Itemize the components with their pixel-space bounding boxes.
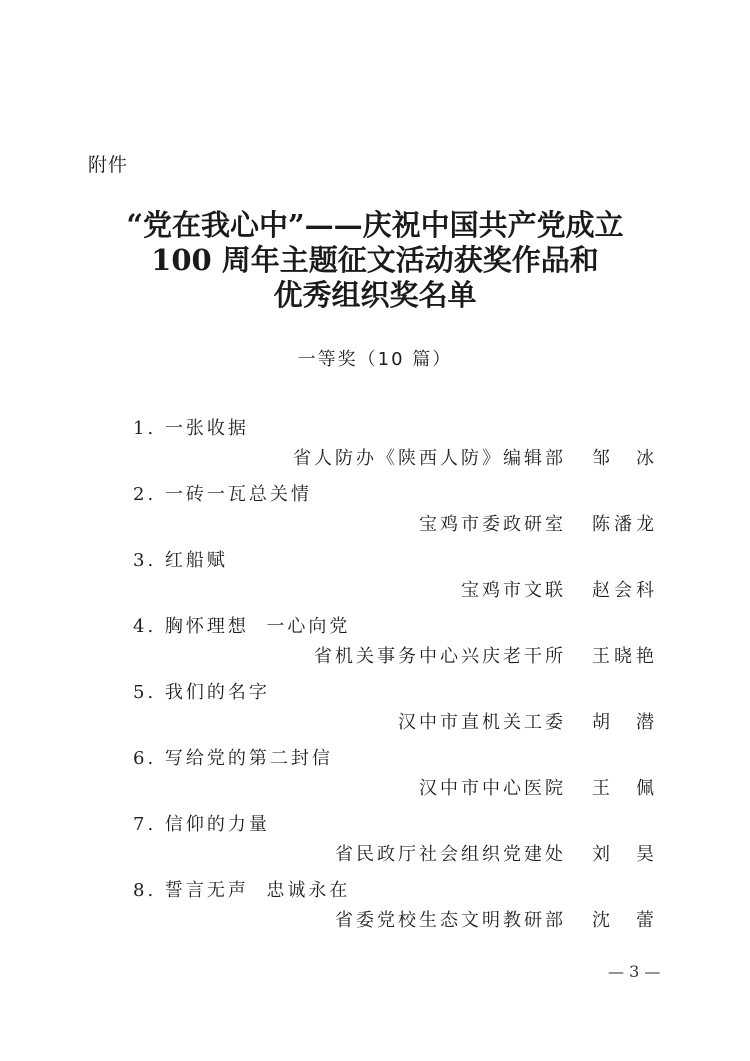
entry-meta: 省委党校生态文明教研部 沈蕾 — [335, 906, 654, 932]
award-entry: 8. 誓言无声 忠诚永在 省委党校生态文明教研部 沈蕾 — [0, 876, 750, 942]
entry-meta: 省人防办《陕西人防》编辑部 邹冰 — [293, 444, 654, 470]
entry-author: 赵会科 — [592, 576, 654, 602]
entry-author: 陈潘龙 — [592, 510, 654, 536]
award-entry: 4. 胸怀理想 一心向党 省机关事务中心兴庆老干所 王晓艳 — [0, 612, 750, 678]
entry-author: 刘昊 — [592, 840, 654, 866]
award-entry: 6. 写给党的第二封信 汉中市中心医院 王佩 — [0, 744, 750, 810]
title-line-1: “党在我心中”——庆祝中国共产党成立 — [0, 208, 750, 243]
entry-organization: 省委党校生态文明教研部 — [335, 906, 566, 932]
entry-organization: 汉中市直机关工委 — [398, 708, 566, 734]
entry-title: 4. 胸怀理想 一心向党 — [133, 612, 350, 638]
entry-title: 5. 我们的名字 — [133, 678, 270, 704]
entry-title: 7. 信仰的力量 — [133, 810, 270, 836]
award-entry: 7. 信仰的力量 省民政厅社会组织党建处 刘昊 — [0, 810, 750, 876]
entry-author: 沈蕾 — [592, 906, 654, 932]
entry-meta: 省民政厅社会组织党建处 刘昊 — [335, 840, 654, 866]
entry-organization: 汉中市中心医院 — [419, 774, 566, 800]
page-number: — 3 — — [608, 962, 660, 981]
entry-organization: 宝鸡市委政研室 — [419, 510, 566, 536]
entry-organization: 省人防办《陕西人防》编辑部 — [293, 444, 566, 470]
entry-meta: 省机关事务中心兴庆老干所 王晓艳 — [314, 642, 654, 668]
award-list: 1. 一张收据 省人防办《陕西人防》编辑部 邹冰 2. 一砖一瓦总关情 宝鸡市委… — [0, 414, 750, 942]
entry-author: 胡潜 — [592, 708, 654, 734]
title-line-3: 优秀组织奖名单 — [0, 278, 750, 313]
entry-title: 3. 红船赋 — [133, 546, 228, 572]
attachment-label: 附件 — [88, 150, 128, 177]
entry-meta: 宝鸡市委政研室 陈潘龙 — [419, 510, 654, 536]
entry-author: 王晓艳 — [592, 642, 654, 668]
entry-author: 王佩 — [592, 774, 654, 800]
award-entry: 1. 一张收据 省人防办《陕西人防》编辑部 邹冰 — [0, 414, 750, 480]
entry-author: 邹冰 — [592, 444, 654, 470]
entry-meta: 宝鸡市文联 赵会科 — [461, 576, 654, 602]
entry-title: 6. 写给党的第二封信 — [133, 744, 333, 770]
title-line-2: 100 周年主题征文活动获奖作品和 — [0, 243, 750, 278]
award-entry: 2. 一砖一瓦总关情 宝鸡市委政研室 陈潘龙 — [0, 480, 750, 546]
award-entry: 3. 红船赋 宝鸡市文联 赵会科 — [0, 546, 750, 612]
entry-organization: 省机关事务中心兴庆老干所 — [314, 642, 566, 668]
entry-meta: 汉中市中心医院 王佩 — [419, 774, 654, 800]
entry-title: 1. 一张收据 — [133, 414, 249, 440]
entry-organization: 宝鸡市文联 — [461, 576, 566, 602]
award-entry: 5. 我们的名字 汉中市直机关工委 胡潜 — [0, 678, 750, 744]
entry-organization: 省民政厅社会组织党建处 — [335, 840, 566, 866]
document-title: “党在我心中”——庆祝中国共产党成立 100 周年主题征文活动获奖作品和 优秀组… — [0, 208, 750, 313]
entry-meta: 汉中市直机关工委 胡潜 — [398, 708, 654, 734]
entry-title: 2. 一砖一瓦总关情 — [133, 480, 312, 506]
entry-title: 8. 誓言无声 忠诚永在 — [133, 876, 350, 902]
section-heading: 一等奖（10 篇） — [0, 345, 750, 371]
